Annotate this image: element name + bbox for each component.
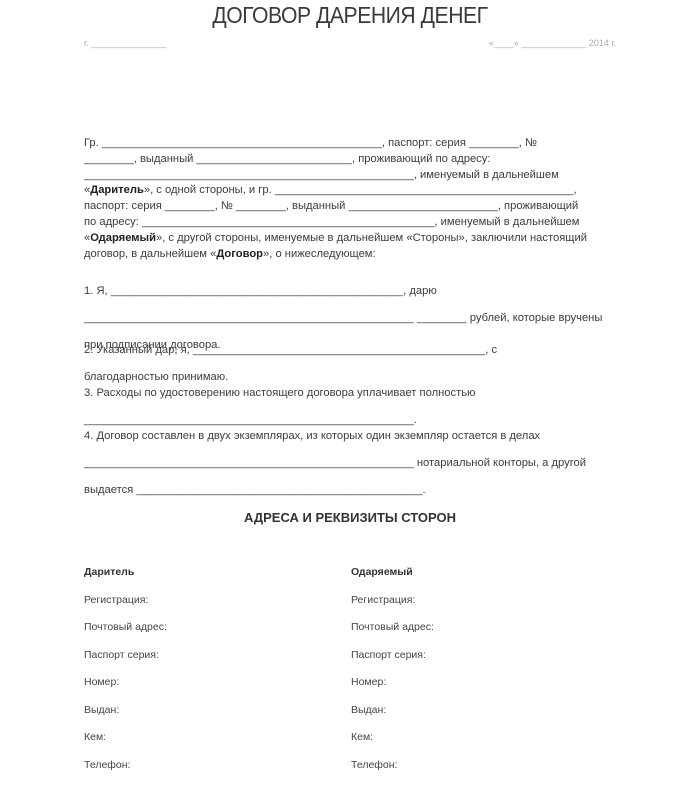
preamble-line: ________, выданный _____________________… <box>84 152 624 168</box>
requisites-title: АДРЕСА И РЕКВИЗИТЫ СТОРОН <box>0 510 700 525</box>
preamble-text: », о нижеследующем: <box>263 248 376 260</box>
field-label: Паспорт серия: <box>84 649 167 677</box>
donee-requisites: Одаряемый Регистрация: Почтовый адрес: П… <box>351 566 434 786</box>
donor-term: Даритель <box>90 184 144 196</box>
clause-line: 1. Я, __________________________________… <box>84 284 624 300</box>
donor-heading: Даритель <box>84 566 167 594</box>
field-label: Регистрация: <box>84 594 167 622</box>
donee-term: Одаряемый <box>90 232 156 244</box>
city-field: г. _______________ <box>84 38 166 48</box>
clause-line: 2. Указанный дар, я, ___________________… <box>84 343 624 359</box>
document-title: ДОГОВОР ДАРЕНИЯ ДЕНЕГ <box>28 0 672 30</box>
date-field: «____» _____________ 2014 г. <box>489 38 616 48</box>
preamble-line: договор, в дальнейшем «Договор», о нижес… <box>84 247 624 263</box>
contract-term: Договор <box>216 248 263 260</box>
clause-line: ________________________________________… <box>84 311 624 327</box>
preamble-text: , с одной стороны, и гр. _______________… <box>150 184 577 196</box>
clause-line: ________________________________________… <box>84 456 624 472</box>
field-label: Почтовый адрес: <box>84 621 167 649</box>
preamble-line: паспорт: серия ________, № ________, выд… <box>84 199 624 215</box>
clause-line: 4. Договор составлен в двух экземплярах,… <box>84 429 624 445</box>
preamble-line: ________________________________________… <box>84 168 624 184</box>
donee-heading: Одаряемый <box>351 566 434 594</box>
field-label: Кем: <box>84 731 167 759</box>
preamble-line: «Одаряемый», с другой стороны, именуемые… <box>84 231 624 247</box>
field-label: Почтовый адрес: <box>351 621 434 649</box>
clause-line: выдается _______________________________… <box>84 483 624 499</box>
field-label: Телефон: <box>84 759 167 787</box>
field-label: Телефон: <box>351 759 434 787</box>
field-label: Регистрация: <box>351 594 434 622</box>
field-label: Выдан: <box>351 704 434 732</box>
preamble-line: «Даритель», с одной стороны, и гр. _____… <box>84 183 624 199</box>
preamble-line: Гр. ____________________________________… <box>84 136 624 152</box>
field-label: Номер: <box>84 676 167 704</box>
field-label: Кем: <box>351 731 434 759</box>
field-label: Номер: <box>351 676 434 704</box>
preamble: Гр. ____________________________________… <box>84 136 624 262</box>
donor-requisites: Даритель Регистрация: Почтовый адрес: Па… <box>84 566 167 786</box>
preamble-line: по адресу: _____________________________… <box>84 215 624 231</box>
clause-4: 4. Договор составлен в двух экземплярах,… <box>84 418 624 510</box>
field-label: Выдан: <box>84 704 167 732</box>
preamble-text: договор, в дальнейшем « <box>84 248 216 260</box>
clause-line: 3. Расходы по удостоверению настоящего д… <box>84 386 624 402</box>
field-label: Паспорт серия: <box>351 649 434 677</box>
preamble-text: , с другой стороны, именуемые в дальнейш… <box>162 232 587 244</box>
